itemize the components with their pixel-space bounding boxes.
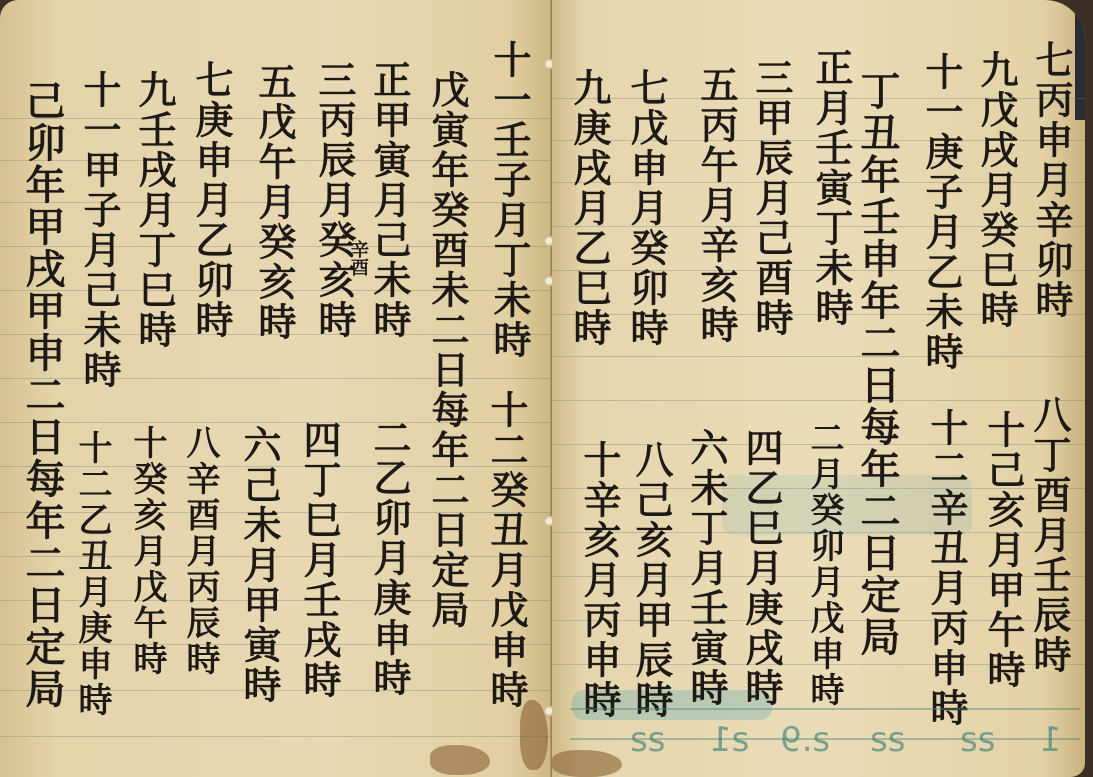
text-column: 十一甲子月己未時: [80, 70, 118, 390]
ledger-mark: 1: [1040, 720, 1062, 760]
text-column: 四丁巳月壬戌時: [300, 420, 338, 700]
text-column: 正月壬寅丁未時: [812, 48, 850, 328]
text-column: 十二乙丑月庚申時: [75, 430, 109, 718]
ruled-line: [552, 400, 1085, 401]
ledger-line: [570, 708, 1080, 710]
ledger-mark: ƨƨ: [870, 720, 905, 760]
text-column: 四乙巳月庚戌時: [742, 428, 780, 708]
left-page: 十一壬子月丁未時 戊寅年癸酉未二日每年二日定局 正甲寅月己未時 三丙辰月癸亥時 …: [0, 0, 552, 777]
ledger-marks: 1 ƨƨ ƨƨ ƨ.9 ƨ1 ƨƨ: [570, 690, 1080, 770]
text-column: 二月癸卯月戊申時: [807, 420, 841, 708]
water-stain: [430, 745, 490, 775]
text-column: 九戊戌月癸巳時: [977, 50, 1015, 330]
text-column: 六未丁月壬寅時: [687, 428, 725, 708]
ruled-line: [552, 356, 1085, 357]
text-column: 十二辛丑月丙申時: [927, 408, 965, 728]
heading-column: 己卯年甲戌甲申二日每年二日定局: [22, 80, 62, 710]
text-column: 十一庚子月乙未時: [922, 52, 960, 372]
text-column: 九庚戌月乙巳時: [570, 68, 608, 348]
text-column: 七丙申月辛卯時: [1032, 40, 1070, 320]
text-column: 八辛酉月丙辰時: [183, 425, 217, 677]
text-column: 十己亥月甲午時: [984, 410, 1022, 690]
ledger-mark: ƨ1: [710, 720, 749, 760]
text-column: 三甲辰月己酉時: [752, 58, 790, 338]
heading-column: 戊寅年癸酉未二日每年二日定局: [428, 70, 466, 630]
page-edge-shadow: [1075, 0, 1085, 120]
text-column: 八丁酉月壬辰時: [1030, 395, 1068, 675]
ledger-mark: ƨ.9: [780, 720, 830, 760]
ledger-mark: ƨƨ: [960, 720, 995, 760]
right-page: 七丙申月辛卯時 九戊戌月癸巳時 十一庚子月乙未時 丁丑年壬申年二日每年二日定局 …: [552, 0, 1085, 777]
text-column: 六己未月甲寅時: [240, 425, 278, 705]
text-column: 五戊午月癸亥時: [255, 62, 293, 342]
text-column: 二乙卯月庚申時: [370, 418, 408, 698]
heading-column: 丁丑年壬申年二日每年二日定局: [857, 70, 897, 658]
ruled-line: [0, 736, 552, 737]
text-column: 十一壬子月丁未時: [490, 40, 528, 360]
text-column: 八己亥月甲辰時: [632, 440, 670, 720]
text-column: 正甲寅月己未時: [370, 60, 408, 340]
text-column: 五丙午月辛亥時: [697, 65, 735, 345]
text-column: 十癸亥月戊午時: [130, 425, 164, 677]
notebook-spread: 十一壬子月丁未時 戊寅年癸酉未二日每年二日定局 正甲寅月己未時 三丙辰月癸亥時 …: [0, 0, 1093, 777]
text-column: 十二癸丑月戊申時: [487, 390, 525, 710]
text-column: 十辛亥月丙申時: [580, 440, 618, 720]
text-column: 七戊申月癸卯時: [627, 68, 665, 348]
text-column: 七庚申月乙卯時: [192, 60, 230, 340]
ledger-mark: ƨƨ: [630, 720, 665, 760]
interlinear-note: 辛酉: [345, 240, 371, 276]
text-column: 三丙辰月癸亥時: [315, 60, 353, 340]
text-column: 九壬戌月丁巳時: [135, 70, 173, 350]
